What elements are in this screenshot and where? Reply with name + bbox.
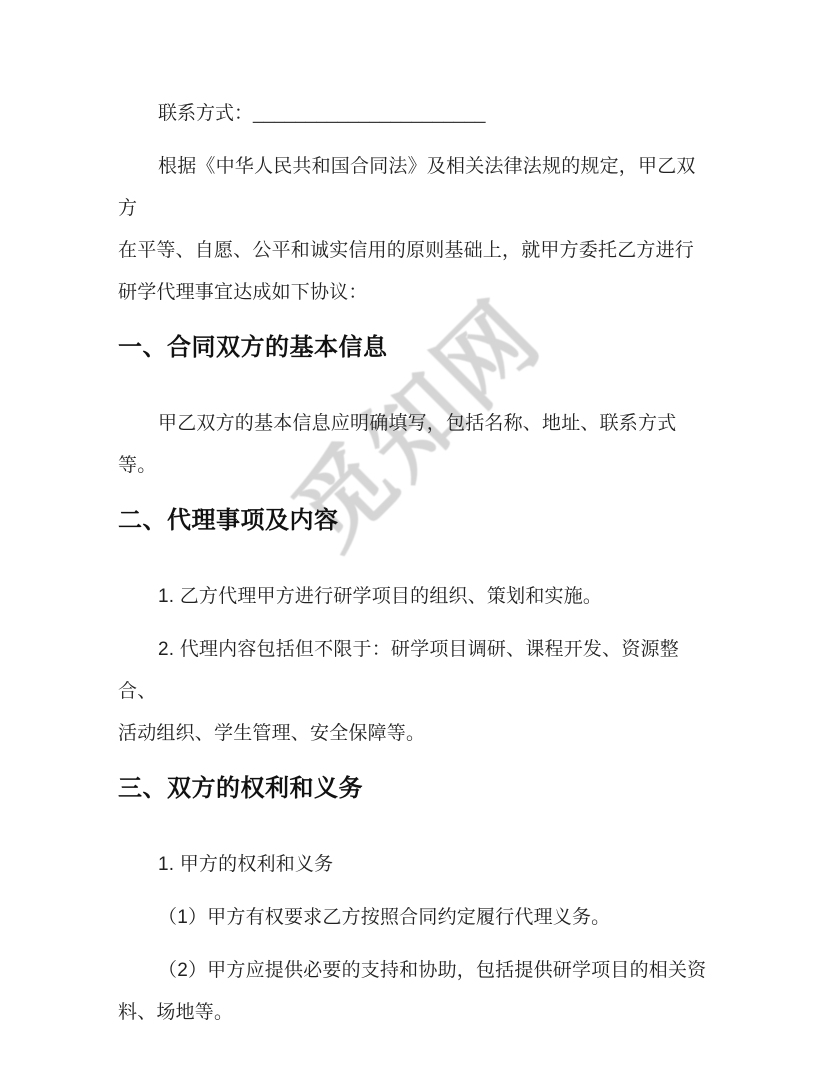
section-3-heading: 三、双方的权利和义务 bbox=[118, 766, 713, 812]
contact-line: 联系方式：______________________ bbox=[118, 93, 713, 135]
section-1-paragraph-1: 甲乙双方的基本信息应明确填写，包括名称、地址、联系方式 等。 bbox=[118, 403, 713, 487]
section-2-heading: 二、代理事项及内容 bbox=[118, 498, 713, 544]
section-3-paragraph-2: （1）甲方有权要求乙方按照合同约定履行代理义务。 bbox=[118, 897, 713, 939]
section-1-heading: 一、合同双方的基本信息 bbox=[118, 325, 713, 371]
section-3-paragraph-3: （2）甲方应提供必要的支持和协助，包括提供研学项目的相关资 料、场地等。 bbox=[118, 950, 713, 1034]
document-page: 觅知网 联系方式：______________________ 根据《中华人民共… bbox=[0, 0, 830, 1074]
section-3-paragraph-1: 1. 甲方的权利和义务 bbox=[118, 844, 713, 886]
document-content: 联系方式：______________________ 根据《中华人民共和国合同… bbox=[118, 93, 713, 1034]
section-2-paragraph-1: 1. 乙方代理甲方进行研学项目的组织、策划和实施。 bbox=[118, 576, 713, 618]
contact-label: 联系方式： bbox=[158, 103, 253, 124]
intro-paragraph: 根据《中华人民共和国合同法》及相关法律法规的规定，甲乙双方 在平等、自愿、公平和… bbox=[118, 146, 713, 314]
contact-blank-line: ______________________ bbox=[253, 103, 485, 124]
section-2-paragraph-2: 2. 代理内容包括但不限于：研学项目调研、课程开发、资源整合、 活动组织、学生管… bbox=[118, 629, 713, 755]
